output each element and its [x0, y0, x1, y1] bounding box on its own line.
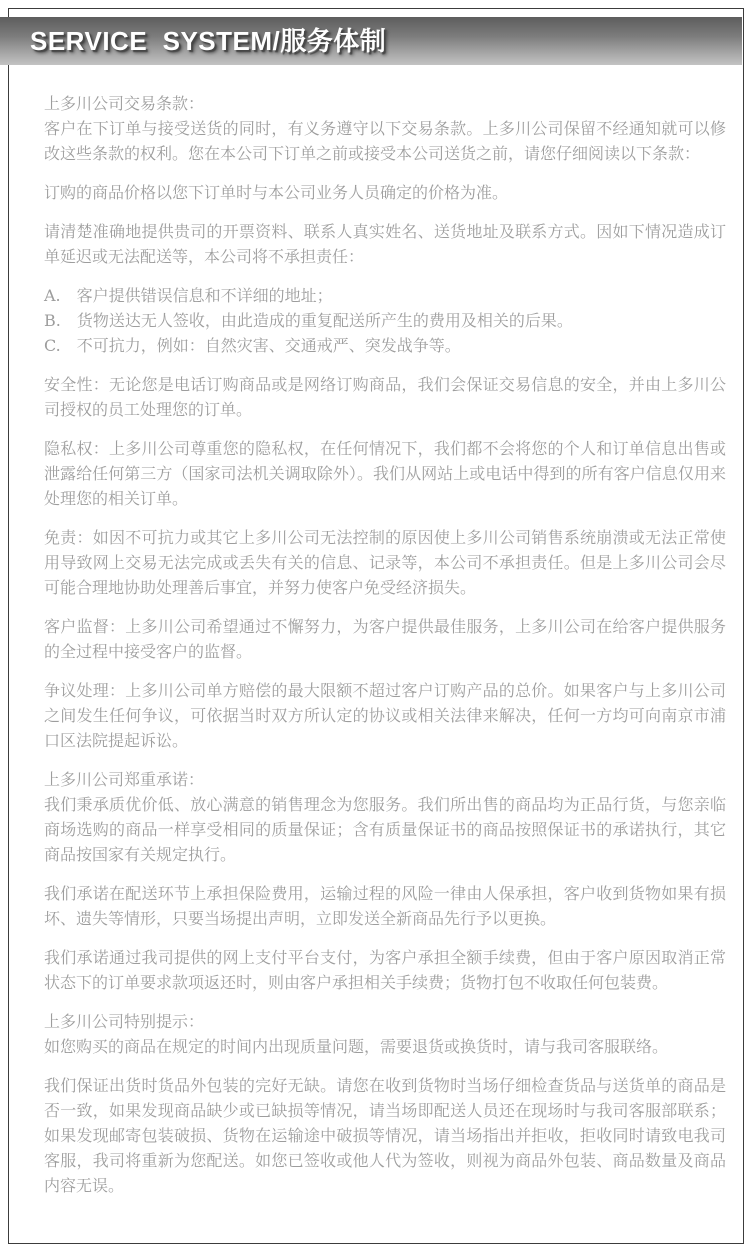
text-section: 我们保证出货时货品外包装的完好无缺。请您在收到货物时当场仔细检查货品与送货单的商… [44, 1073, 726, 1198]
paragraph-line: 客户监督：上多川公司希望通过不懈努力，为客户提供最佳服务，上多川公司在给客户提供… [44, 614, 726, 664]
paragraph-line: 安全性：无论您是电话订购商品或是网络订购商品，我们会保证交易信息的安全，并由上多… [44, 372, 726, 422]
paragraph-line: 我们秉承质优价低、放心满意的销售理念为您服务。我们所出售的商品均为正品行货，与您… [44, 792, 726, 867]
text-section: 客户监督：上多川公司希望通过不懈努力，为客户提供最佳服务，上多川公司在给客户提供… [44, 614, 726, 664]
paragraph-line: 免责：如因不可抗力或其它上多川公司无法控制的原因使上多川公司销售系统崩溃或无法正… [44, 525, 726, 600]
paragraph-line: 订购的商品价格以您下订单时与本公司业务人员确定的价格为准。 [44, 180, 726, 205]
text-section: A. 客户提供错误信息和不详细的地址；B. 货物送达无人签收，由此造成的重复配送… [44, 283, 726, 358]
text-section: 订购的商品价格以您下订单时与本公司业务人员确定的价格为准。 [44, 180, 726, 205]
paragraph-line: 我们保证出货时货品外包装的完好无缺。请您在收到货物时当场仔细检查货品与送货单的商… [44, 1073, 726, 1198]
content-sections: 上多川公司交易条款：客户在下订单与接受送货的同时，有义务遵守以下交易条款。上多川… [44, 91, 726, 1212]
paragraph-line: B. 货物送达无人签收，由此造成的重复配送所产生的费用及相关的后果。 [44, 308, 726, 333]
paragraph-line: 上多川公司郑重承诺： [44, 767, 726, 792]
paragraph-line: 上多川公司特别提示： [44, 1009, 726, 1034]
paragraph-line: 如您购买的商品在规定的时间内出现质量问题，需要退货或换货时，请与我司客服联络。 [44, 1034, 726, 1059]
paragraph-line: 上多川公司交易条款： [44, 91, 726, 116]
paragraph-line: C. 不可抗力，例如：自然灾害、交通戒严、突发战争等。 [44, 333, 726, 358]
terms-box: 上多川公司交易条款：客户在下订单与接受送货的同时，有义务遵守以下交易条款。上多川… [8, 8, 744, 1244]
paragraph-line: 争议处理：上多川公司单方赔偿的最大限额不超过客户订购产品的总价。如果客户与上多川… [44, 678, 726, 753]
section-header-banner: SERVICE SYSTEM/服务体制 [0, 17, 742, 65]
text-section: 我们承诺通过我司提供的网上支付平台支付，为客户承担全额手续费，但由于客户原因取消… [44, 945, 726, 995]
paragraph-line: 请清楚准确地提供贵司的开票资料、联系人真实姓名、送货地址及联系方式。因如下情况造… [44, 219, 726, 269]
paragraph-line: 客户在下订单与接受送货的同时，有义务遵守以下交易条款。上多川公司保留不经通知就可… [44, 116, 726, 166]
paragraph-line: 我们承诺在配送环节上承担保险费用，运输过程的风险一律由人保承担，客户收到货物如果… [44, 881, 726, 931]
text-section: 上多川公司郑重承诺：我们秉承质优价低、放心满意的销售理念为您服务。我们所出售的商… [44, 767, 726, 867]
text-section: 我们承诺在配送环节上承担保险费用，运输过程的风险一律由人保承担，客户收到货物如果… [44, 881, 726, 931]
paragraph-line: 隐私权：上多川公司尊重您的隐私权，在任何情况下，我们都不会将您的个人和订单信息出… [44, 436, 726, 511]
text-section: 安全性：无论您是电话订购商品或是网络订购商品，我们会保证交易信息的安全，并由上多… [44, 372, 726, 422]
text-section: 上多川公司特别提示：如您购买的商品在规定的时间内出现质量问题，需要退货或换货时，… [44, 1009, 726, 1059]
section-title: SERVICE SYSTEM/服务体制 [0, 17, 742, 65]
text-section: 请清楚准确地提供贵司的开票资料、联系人真实姓名、送货地址及联系方式。因如下情况造… [44, 219, 726, 269]
text-section: 争议处理：上多川公司单方赔偿的最大限额不超过客户订购产品的总价。如果客户与上多川… [44, 678, 726, 753]
text-section: 免责：如因不可抗力或其它上多川公司无法控制的原因使上多川公司销售系统崩溃或无法正… [44, 525, 726, 600]
text-section: 上多川公司交易条款：客户在下订单与接受送货的同时，有义务遵守以下交易条款。上多川… [44, 91, 726, 166]
text-section: 隐私权：上多川公司尊重您的隐私权，在任何情况下，我们都不会将您的个人和订单信息出… [44, 436, 726, 511]
paragraph-line: 我们承诺通过我司提供的网上支付平台支付，为客户承担全额手续费，但由于客户原因取消… [44, 945, 726, 995]
paragraph-line: A. 客户提供错误信息和不详细的地址； [44, 283, 726, 308]
